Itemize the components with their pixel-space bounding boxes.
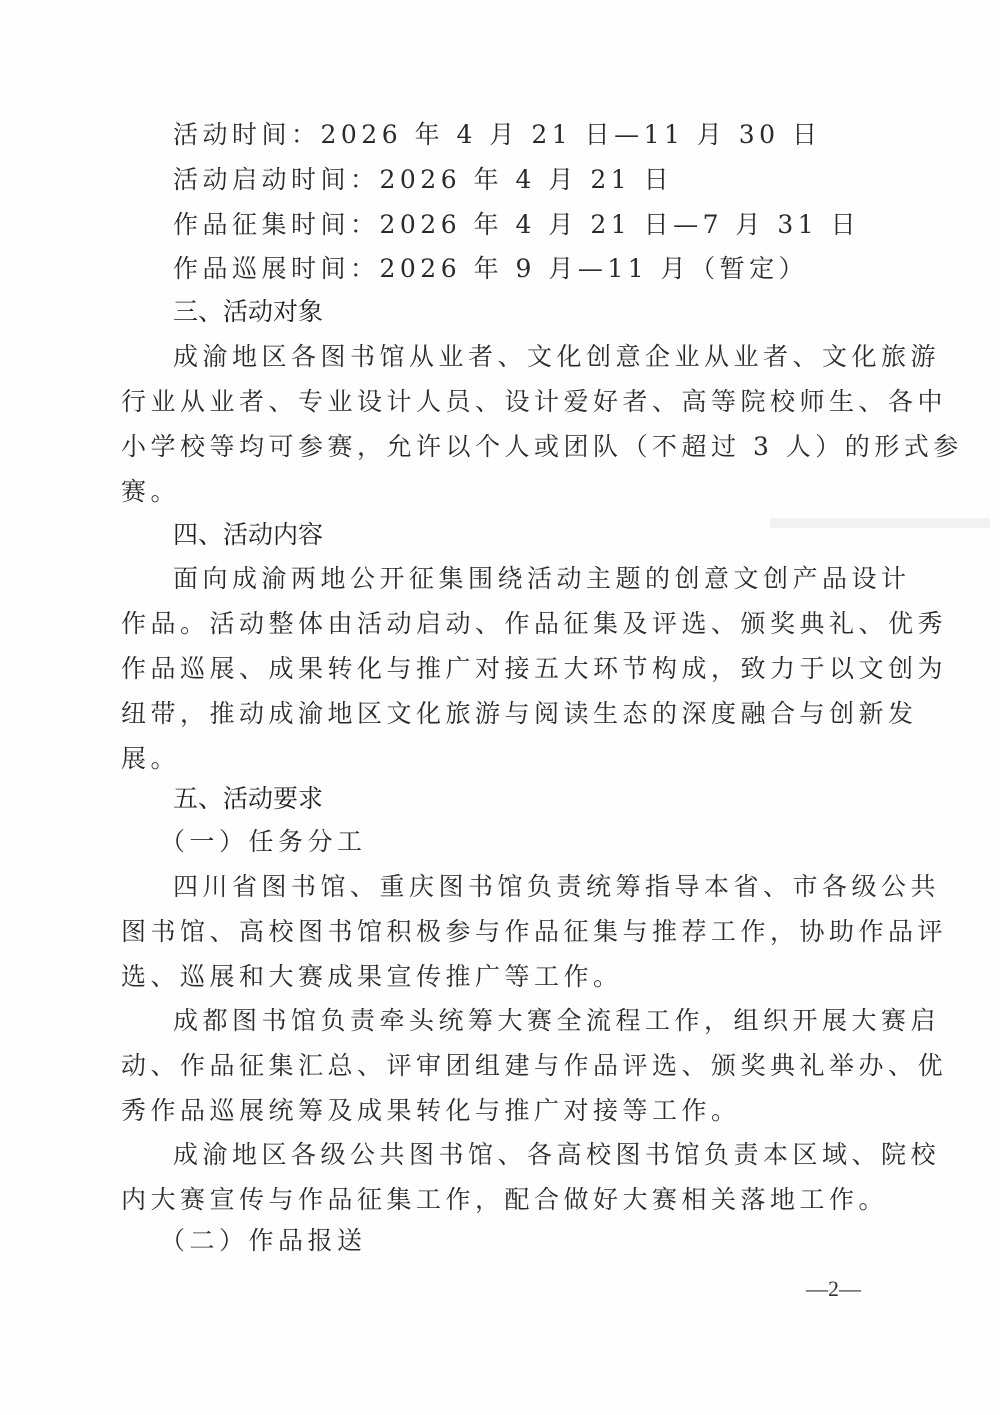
section3-line: 赛。: [121, 477, 180, 507]
schedule-launch-date: 活动启动时间：2026 年 4 月 21 日: [173, 165, 673, 195]
section4-line: 作品巡展、成果转化与推广对接五大环节构成，致力于以文创为: [121, 654, 947, 684]
section4-line: 作品。活动整体由活动启动、作品征集及评选、颁奖典礼、优秀: [121, 609, 947, 639]
subsection1-para3-line: 内大赛宣传与作品征集工作，配合做好大赛相关落地工作。: [121, 1185, 888, 1215]
schedule-activity-period: 活动时间：2026 年 4 月 21 日—11 月 30 日: [173, 120, 822, 150]
section3-line: 成渝地区各图书馆从业者、文化创意企业从业者、文化旅游: [173, 342, 940, 372]
schedule-collection-period: 作品征集时间：2026 年 4 月 21 日—7 月 31 日: [173, 210, 860, 240]
subsection1-heading: （一）任务分工: [160, 827, 367, 857]
subsection1-para1-line: 四川省图书馆、重庆图书馆负责统筹指导本省、市各级公共: [173, 872, 940, 902]
subsection1-para1-line: 选、巡展和大赛成果宣传推广等工作。: [121, 962, 623, 992]
section4-line: 面向成渝两地公开征集围绕活动主题的创意文创产品设计: [173, 564, 911, 594]
section4-heading: 四、活动内容: [173, 520, 323, 550]
document-page: 活动时间：2026 年 4 月 21 日—11 月 30 日 活动启动时间：20…: [0, 0, 1000, 1415]
section3-line: 行业从业者、专业设计人员、设计爱好者、高等院校师生、各中: [121, 387, 947, 417]
subsection1-para2-line: 秀作品巡展统筹及成果转化与推广对接等工作。: [121, 1096, 741, 1126]
section5-heading: 五、活动要求: [173, 784, 323, 814]
schedule-tour-period: 作品巡展时间：2026 年 9 月—11 月（暂定）: [173, 254, 808, 284]
subsection1-para2-line: 成都图书馆负责牵头统筹大赛全流程工作，组织开展大赛启: [173, 1006, 940, 1036]
subsection1-para1-line: 图书馆、高校图书馆积极参与作品征集与推荐工作，协助作品评: [121, 917, 947, 947]
section4-line: 展。: [121, 744, 180, 774]
section3-heading: 三、活动对象: [173, 297, 323, 327]
subsection1-para3-line: 成渝地区各级公共图书馆、各高校图书馆负责本区域、院校: [173, 1140, 940, 1170]
section4-line: 纽带，推动成渝地区文化旅游与阅读生态的深度融合与创新发: [121, 699, 918, 729]
page-number: —2—: [806, 1276, 861, 1302]
scan-artifact: [770, 518, 990, 528]
subsection1-para2-line: 动、作品征集汇总、评审团组建与作品评选、颁奖典礼举办、优: [121, 1051, 947, 1081]
section3-line: 小学校等均可参赛，允许以个人或团队（不超过 3 人）的形式参: [121, 432, 963, 462]
subsection2-heading: （二）作品报送: [160, 1226, 367, 1256]
